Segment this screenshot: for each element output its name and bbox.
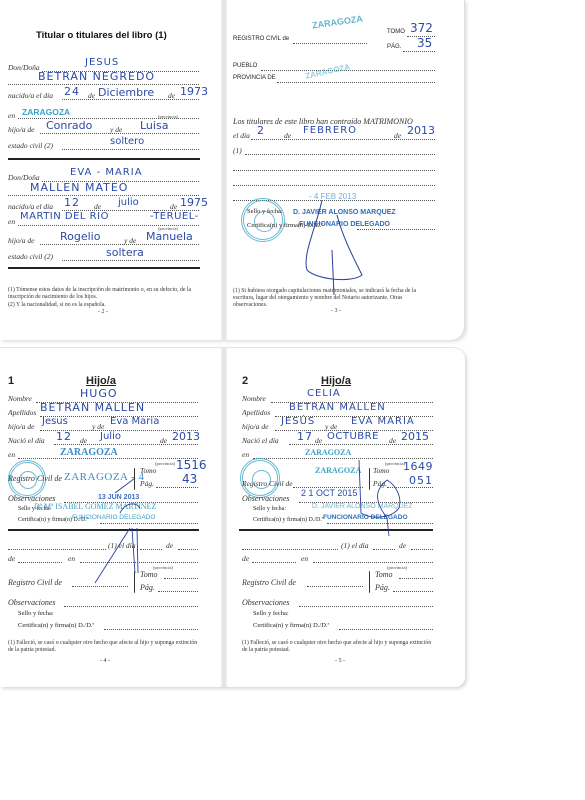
child1-day: 12 [56,430,72,443]
page-number: - 4 - [100,658,110,664]
page4-footnote: (1) Falleció, se casó o cualquier otro h… [8,640,204,654]
holders-title: Titular o titulares del libro (1) [36,30,167,41]
child2-surnames: BETRAN MALLEN [289,402,386,413]
signature [90,473,150,583]
holder1-year: 1973 [180,85,208,98]
marriage-year: 2013 [407,124,435,137]
holder2-birthplace: MARTIN DEL RIO [20,211,109,222]
holder2-month: julio [118,197,139,208]
don-label: Don/Doña [8,63,40,72]
page-number: - 5 - [335,658,345,664]
spread-holders-marriage: Titular o titulares del libro (1) Don/Do… [0,0,465,340]
holder1-father: Conrado [46,119,92,132]
child1-year: 2013 [172,430,200,443]
registry-label: REGISTRO CIVIL de [233,36,289,42]
child1-surnames: BETRAN MALLEN [40,401,145,414]
child1-birthplace-stamp: ZARAGOZA [60,447,118,458]
marriage-day: 2 [257,124,265,137]
page-5-child-2: 2 Hijo/a Nombre CELIA Apellidos BETRAN M… [227,348,465,687]
tomo-value: 372 [410,21,433,35]
signature [347,458,417,538]
marriage-month: FEBRERO [303,125,357,136]
signature [297,195,377,295]
footnote-1: (1) Tómense estos datos de la inscripció… [8,287,203,301]
page-2-holders: Titular o titulares del libro (1) Don/Do… [0,0,221,340]
child1-mother: Eva Maria [110,416,159,427]
holder1-civil-status: soltero [110,136,144,147]
holder1-day: 24 [64,85,80,98]
page5-footnote: (1) Falleció, se casó o cualquier otro h… [242,640,438,654]
page-number: - 3 - [331,308,341,314]
child2-father: JESÚS [281,416,315,427]
child-title: Hijo/a [321,375,351,387]
holder2-mother: Manuela [146,230,193,243]
holder2-civil-status: soltera [106,246,144,259]
footnote-2: (2) Y la nacionalidad, si no es la españ… [8,302,106,309]
child1-month: Julio [100,431,121,442]
child1-father: Jesus [42,416,68,427]
child2-day: 17 [297,430,313,443]
pag-label: PÁG. [387,44,401,50]
child-number: 1 [8,375,14,387]
provincia-label: PROVINCIA DE [233,75,276,81]
page-number: - 2 - [98,309,108,315]
holder2-day: 12 [64,196,80,209]
province-stamp: ZARAGOZA [305,62,351,80]
divider [8,158,200,160]
official-seal [241,198,285,242]
child1-pag: 43 [182,472,197,486]
pag-value: 35 [417,36,432,50]
page-3-marriage: ZARAGOZA REGISTRO CIVIL de TOMO 372 PÁG.… [227,0,465,340]
holder2-year: 1975 [180,196,208,209]
child2-month: OCTUBRE [327,431,379,442]
registry-stamp: ZARAGOZA [312,13,364,30]
child2-birthplace-stamp: ZARAGOZA [305,448,351,457]
spread-children: 1 Hijo/a Nombre HUGO Apellidos BETRAN MA… [0,347,465,687]
holder1-surnames: BETRAN NEGREDO [38,70,155,83]
holder2-name: EVA - MARIA [70,167,143,178]
holder1-mother: Luisa [140,119,168,132]
holder1-month: Diciembre [98,86,154,99]
child1-name: HUGO [80,387,118,400]
nacido-label: nacido/a el día [8,91,53,100]
child1-tomo: 1516 [176,458,207,472]
page-4-child-1: 1 Hijo/a Nombre HUGO Apellidos BETRAN MA… [0,348,221,687]
holder2-surnames: MALLEN MATEO [30,181,128,194]
seal-label: Sello y fecha: [247,208,283,215]
child-title: Hijo/a [86,375,116,387]
holder2-father: Rogelio [60,230,100,243]
registry-seal [240,458,280,498]
holder1-name: JESUS [85,57,119,68]
child2-mother: EVA MARIA [351,416,415,427]
pueblo-label: PUEBLO [233,63,257,69]
tomo-label: TOMO [387,29,405,35]
child2-name: CELIA [307,388,341,399]
child-number: 2 [242,375,248,387]
holder2-province: -TERUEL- [150,211,199,222]
child2-year: 2015 [401,430,429,443]
holder1-birthplace-stamp: ZARAGOZA [22,107,70,117]
page3-footnote: (1) Si hubiera otorgado capitulaciones m… [233,288,438,309]
